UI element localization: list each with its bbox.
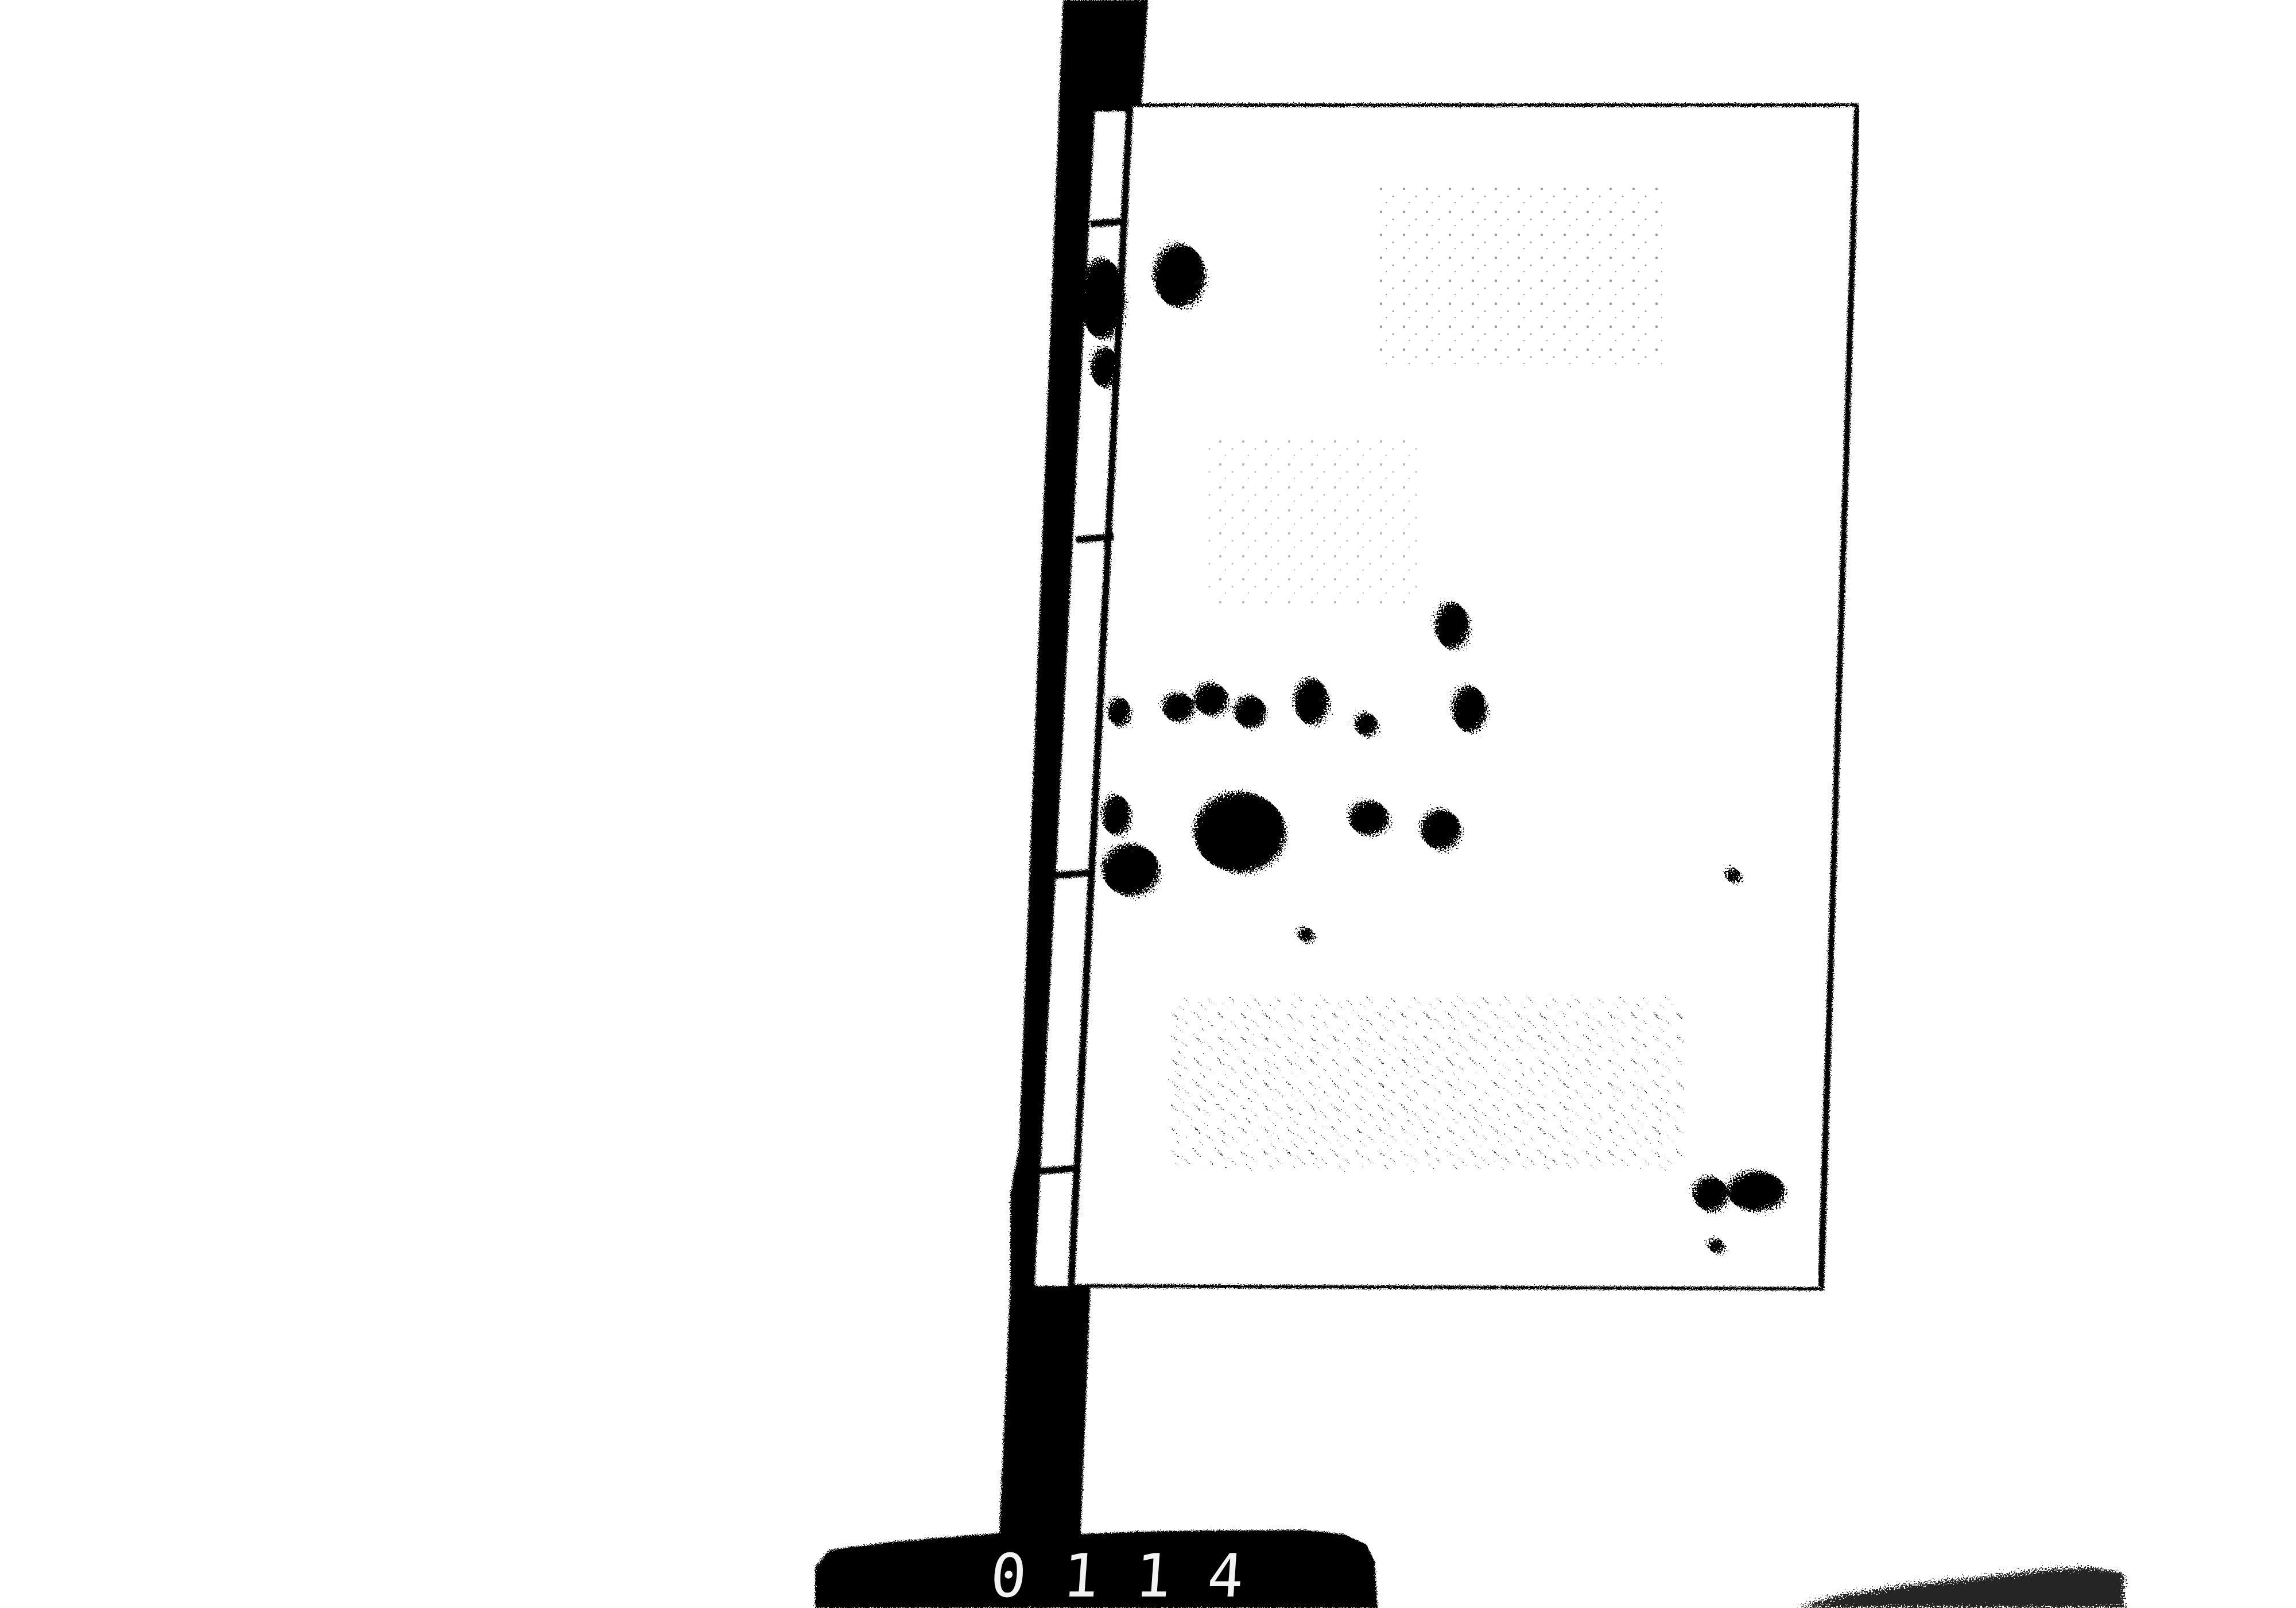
frame-counter-digit: 0 bbox=[988, 1541, 1030, 1608]
frame-counter-digit: 1 bbox=[1133, 1541, 1174, 1608]
frame-counter: 0 1 1 4 bbox=[988, 1544, 1291, 1607]
table-edge-noise bbox=[1797, 1567, 2124, 1608]
frame-counter-digit: 4 bbox=[1205, 1541, 1247, 1608]
book-scan-illustration bbox=[0, 0, 2296, 1608]
frame-counter-digit: 1 bbox=[1060, 1541, 1102, 1608]
scan-scene bbox=[0, 0, 2296, 1608]
